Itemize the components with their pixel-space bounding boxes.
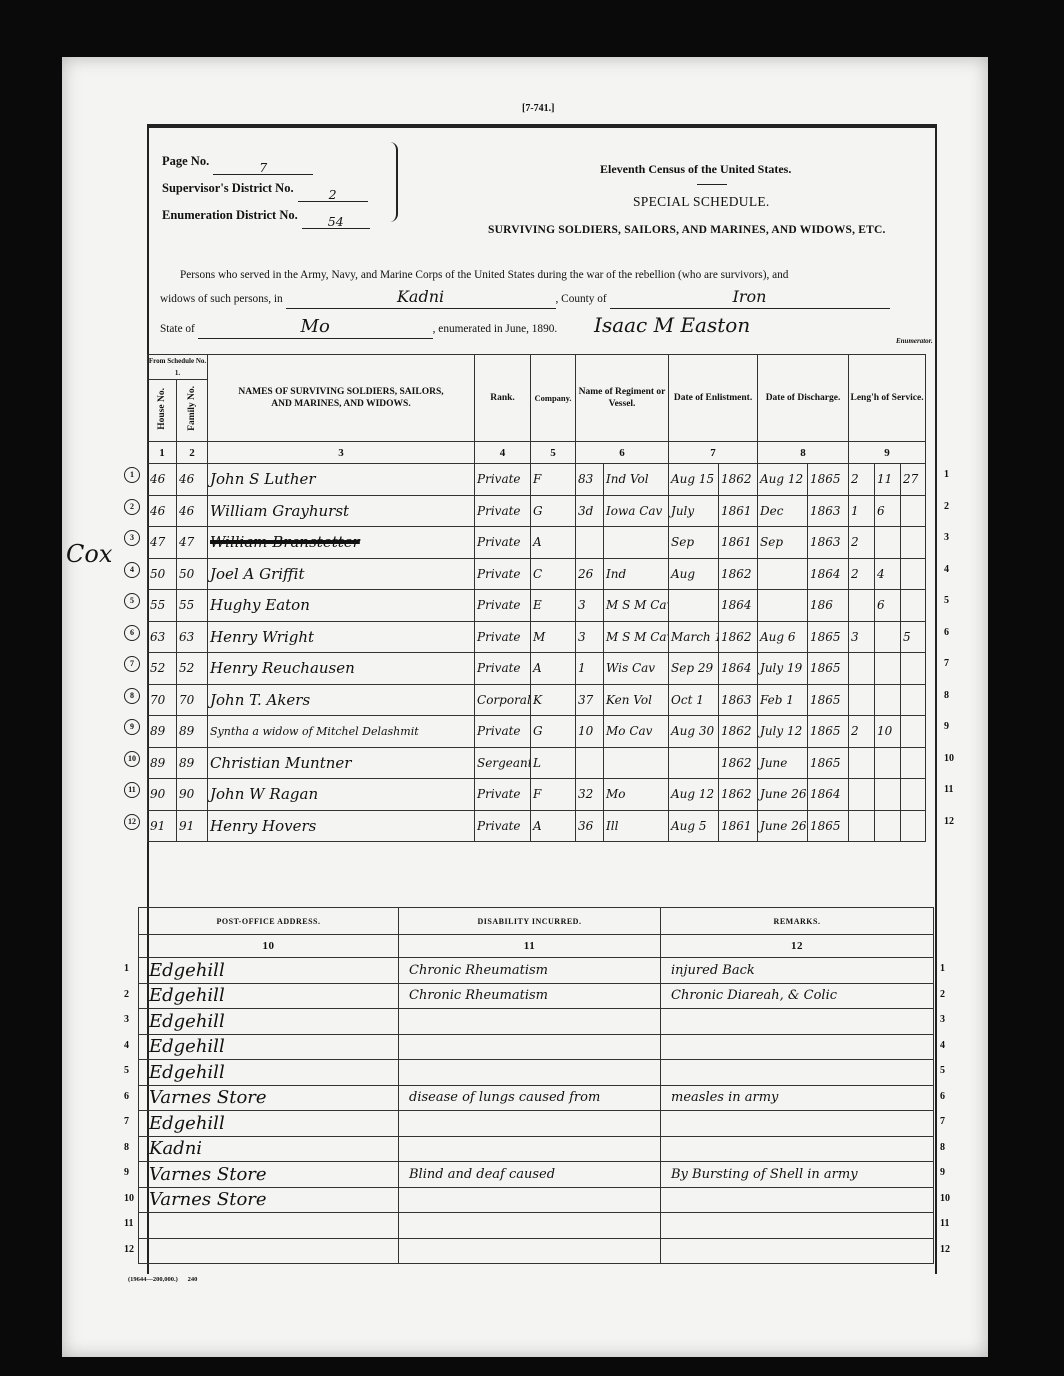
cell-remarks: injured Back [661, 958, 934, 984]
table-row: 8989Syntha a widow of Mitchel DelashmitP… [148, 716, 926, 748]
row-number-right: 6 [944, 627, 949, 638]
cell-mos: 6 [875, 590, 901, 622]
lower-row-number-left: 3 [124, 1014, 129, 1025]
cell-days [901, 747, 926, 779]
supervisor-value: 2 [298, 181, 368, 202]
col-num-1: 1 [148, 442, 177, 464]
enumerated-label: , enumerated in June, 1890. [433, 323, 558, 335]
table-row: Edgehill [139, 1034, 934, 1060]
lower-row-number-left: 11 [124, 1218, 133, 1229]
cell-mos: 11 [875, 464, 901, 496]
cell-name: Syntha a widow of Mitchel Delashmit [208, 716, 475, 748]
cell-days [901, 527, 926, 559]
row-number-circle: 6 [124, 625, 140, 641]
cell-dis-y: 1863 [808, 495, 849, 527]
cell-reg-name: Ill [604, 810, 669, 842]
cell-name: Christian Muntner [208, 747, 475, 779]
cell-reg-name: M S M Cav [604, 590, 669, 622]
cell-dis-y: 186 [808, 590, 849, 622]
cell-dis-y: 1865 [808, 684, 849, 716]
cell-company: K [531, 684, 576, 716]
cell-family: 46 [177, 464, 208, 496]
cell-disability [399, 1034, 661, 1060]
cell-dis-md: June [758, 747, 808, 779]
cell-reg-no: 83 [576, 464, 604, 496]
cell-yrs: 2 [849, 716, 875, 748]
table-row [139, 1213, 934, 1239]
enumeration-value: 54 [302, 208, 370, 229]
cell-name: William Grayhurst [208, 495, 475, 527]
address-table-body: EdgehillChronic Rheumatisminjured BackEd… [139, 958, 934, 1264]
cell-yrs: 3 [849, 621, 875, 653]
cell-dis-md: Sep [758, 527, 808, 559]
cell-remarks [661, 1060, 934, 1086]
cell-reg-name: Ind [604, 558, 669, 590]
cell-post-office: Edgehill [139, 983, 399, 1009]
cell-reg-no: 3 [576, 621, 604, 653]
family-header-text: Family No. [186, 386, 198, 431]
col-num-4: 4 [475, 442, 531, 464]
cell-enl-y: 1862 [719, 716, 758, 748]
cell-remarks: measles in army [661, 1085, 934, 1111]
cell-rank: Corporal [475, 684, 531, 716]
supervisor-label: Supervisor's District No. [162, 175, 294, 202]
lower-row-number-left: 6 [124, 1091, 129, 1102]
cell-reg-no: 3d [576, 495, 604, 527]
family-header: Family No. [177, 380, 208, 442]
enumerator-label: Enumerator. [896, 337, 933, 345]
cell-yrs [849, 810, 875, 842]
cell-enl-y: 1862 [719, 621, 758, 653]
cell-yrs [849, 684, 875, 716]
cell-disability [399, 1009, 661, 1035]
service-header: Leng'h of Service. [849, 355, 926, 442]
intro-text: Persons who served in the Army, Navy, an… [160, 264, 930, 286]
cell-house: 90 [148, 779, 177, 811]
cell-mos [875, 653, 901, 685]
supervisor-row: Supervisor's District No.2 [162, 175, 370, 202]
cell-company: A [531, 810, 576, 842]
page-identifiers: Page No.7 Supervisor's District No.2 Enu… [162, 148, 370, 229]
cell-post-office [139, 1238, 399, 1264]
cell-reg-no: 10 [576, 716, 604, 748]
cell-name: Henry Wright [208, 621, 475, 653]
margin-annotation: Cox [66, 540, 112, 568]
cell-reg-no: 3 [576, 590, 604, 622]
cell-post-office: Edgehill [139, 1060, 399, 1086]
page-no-row: Page No.7 [162, 148, 370, 175]
form-code: [7-741.] [522, 103, 555, 114]
cell-enl-y: 1862 [719, 779, 758, 811]
cell-house: 63 [148, 621, 177, 653]
cell-enl-y: 1864 [719, 590, 758, 622]
cell-dis-md: July 12 [758, 716, 808, 748]
location-line: widows of such persons, in Kadni, County… [160, 286, 930, 310]
cell-house: 50 [148, 558, 177, 590]
cell-company: E [531, 590, 576, 622]
table-row: Varnes StoreBlind and deaf causedBy Burs… [139, 1162, 934, 1188]
cell-name: John W Ragan [208, 779, 475, 811]
cell-family: 70 [177, 684, 208, 716]
lower-row-number-left: 10 [124, 1193, 134, 1204]
cell-mos [875, 621, 901, 653]
table-row: 7070John T. AkersCorporalK37Ken VolOct 1… [148, 684, 926, 716]
cell-company: L [531, 747, 576, 779]
row-number-circle: 12 [124, 814, 140, 830]
cell-days: 5 [901, 621, 926, 653]
cell-post-office: Edgehill [139, 1111, 399, 1137]
row-number-right: 5 [944, 595, 949, 606]
cell-rank: Private [475, 621, 531, 653]
cell-enl-md: Aug 5 [669, 810, 719, 842]
address-table: POST-OFFICE ADDRESS. DISABILITY INCURRED… [138, 907, 934, 1264]
cell-company: A [531, 653, 576, 685]
cell-house: 91 [148, 810, 177, 842]
cell-house: 89 [148, 716, 177, 748]
cell-dis-md [758, 558, 808, 590]
intro-paragraph: Persons who served in the Army, Navy, an… [160, 264, 930, 340]
row-number-circle: 2 [124, 499, 140, 515]
cell-dis-md: Feb 1 [758, 684, 808, 716]
cell-family: 89 [177, 716, 208, 748]
row-number-right: 3 [944, 532, 949, 543]
cell-enl-y: 1863 [719, 684, 758, 716]
cell-house: 47 [148, 527, 177, 559]
cell-dis-md: July 19 [758, 653, 808, 685]
row-number-circle: 1 [124, 467, 140, 483]
cell-dis-y: 1864 [808, 558, 849, 590]
cell-post-office: Varnes Store [139, 1162, 399, 1188]
col-num-8: 8 [758, 442, 849, 464]
place-value: Kadni [286, 286, 556, 309]
cell-company: G [531, 495, 576, 527]
cell-house: 70 [148, 684, 177, 716]
cell-dis-md [758, 590, 808, 622]
row-number-right: 12 [944, 816, 954, 827]
cell-dis-y: 1865 [808, 464, 849, 496]
table-row: Edgehill [139, 1009, 934, 1035]
col-num-12: 12 [661, 935, 934, 958]
cell-name: John S Luther [208, 464, 475, 496]
cell-company: M [531, 621, 576, 653]
row-number-circle: 7 [124, 656, 140, 672]
cell-enl-y: 1861 [719, 810, 758, 842]
cell-remarks [661, 1238, 934, 1264]
cell-reg-no: 26 [576, 558, 604, 590]
col-num-6: 6 [576, 442, 669, 464]
disability-header: DISABILITY INCURRED. [399, 908, 661, 935]
table-row: 4646William GrayhurstPrivateG3dIowa CavJ… [148, 495, 926, 527]
cell-reg-no: 1 [576, 653, 604, 685]
cell-post-office [139, 1213, 399, 1239]
cell-company: F [531, 779, 576, 811]
lower-row-number-left: 7 [124, 1116, 129, 1127]
cell-disability [399, 1238, 661, 1264]
cell-disability [399, 1213, 661, 1239]
lower-row-number-left: 12 [124, 1244, 134, 1255]
lower-row-number-left: 8 [124, 1142, 129, 1153]
lower-row-number-left: 1 [124, 963, 129, 974]
cell-enl-md: July [669, 495, 719, 527]
table-row: 4646John S LutherPrivateF83Ind VolAug 15… [148, 464, 926, 496]
cell-name: Hughy Eaton [208, 590, 475, 622]
cell-reg-name: Mo Cav [604, 716, 669, 748]
cell-rank: Private [475, 464, 531, 496]
cell-days [901, 558, 926, 590]
cell-yrs: 2 [849, 558, 875, 590]
cell-disability: disease of lungs caused from [399, 1085, 661, 1111]
table-row: 4747William BranstetterPrivateASep1861Se… [148, 527, 926, 559]
cell-enl-y: 1864 [719, 653, 758, 685]
cell-house: 46 [148, 495, 177, 527]
house-header: House No. [148, 380, 177, 442]
table-row [139, 1238, 934, 1264]
cell-mos [875, 527, 901, 559]
cell-rank: Private [475, 558, 531, 590]
cell-rank: Private [475, 590, 531, 622]
remarks-header: REMARKS. [661, 908, 934, 935]
lower-row-number-left: 5 [124, 1065, 129, 1076]
cell-yrs: 1 [849, 495, 875, 527]
enumeration-label: Enumeration District No. [162, 202, 298, 229]
enumerator-signature: Isaac M Easton [594, 313, 750, 337]
cell-name: Henry Hovers [208, 810, 475, 842]
state-value: Mo [198, 316, 433, 339]
row-number-right: 11 [944, 784, 953, 795]
cell-name: Henry Reuchausen [208, 653, 475, 685]
soldiers-table-body: 4646John S LutherPrivateF83Ind VolAug 15… [148, 464, 926, 842]
cell-disability: Chronic Rheumatism [399, 983, 661, 1009]
lower-row-number-right: 2 [940, 989, 945, 1000]
table-row: 5555Hughy EatonPrivateE3M S M Cav1864186… [148, 590, 926, 622]
lower-row-number-right: 5 [940, 1065, 945, 1076]
cell-family: 91 [177, 810, 208, 842]
cell-reg-name: Ind Vol [604, 464, 669, 496]
footer-code: (19644—200,000.) [128, 1276, 178, 1283]
cell-remarks [661, 1111, 934, 1137]
cell-post-office: Kadni [139, 1136, 399, 1162]
cell-rank: Private [475, 527, 531, 559]
lower-row-number-right: 11 [940, 1218, 949, 1229]
cell-remarks [661, 1213, 934, 1239]
cell-family: 89 [177, 747, 208, 779]
cell-mos [875, 747, 901, 779]
cell-enl-y: 1861 [719, 527, 758, 559]
cell-dis-md: June 26 [758, 810, 808, 842]
row-number-right: 7 [944, 658, 949, 669]
col-num-2: 2 [177, 442, 208, 464]
cell-days [901, 653, 926, 685]
cell-name: William Branstetter [208, 527, 475, 559]
lower-row-number-left: 2 [124, 989, 129, 1000]
cell-post-office: Edgehill [139, 1034, 399, 1060]
lower-row-number-right: 4 [940, 1040, 945, 1051]
table-row: 8989Christian MuntnerSergeantL1862June18… [148, 747, 926, 779]
row-number-circle: 8 [124, 688, 140, 704]
cell-yrs: 2 [849, 464, 875, 496]
enumeration-row: Enumeration District No.54 [162, 202, 370, 229]
cell-family: 63 [177, 621, 208, 653]
cell-dis-md: Aug 12 [758, 464, 808, 496]
regiment-header: Name of Regiment or Vessel. [576, 355, 669, 442]
cell-house: 89 [148, 747, 177, 779]
cell-days: 27 [901, 464, 926, 496]
cell-mos: 6 [875, 495, 901, 527]
cell-house: 55 [148, 590, 177, 622]
row-number-right: 2 [944, 501, 949, 512]
state-label: State of [160, 323, 195, 335]
cell-reg-name [604, 747, 669, 779]
cell-enl-md [669, 747, 719, 779]
cell-remarks: Chronic Diareah, & Colic [661, 983, 934, 1009]
row-number-circle: 11 [124, 782, 140, 798]
cell-reg-name: M S M Cav [604, 621, 669, 653]
cell-reg-no [576, 747, 604, 779]
cell-name: John T. Akers [208, 684, 475, 716]
cell-post-office: Edgehill [139, 1009, 399, 1035]
cell-family: 55 [177, 590, 208, 622]
cell-reg-no: 36 [576, 810, 604, 842]
cell-mos: 10 [875, 716, 901, 748]
lower-row-number-right: 9 [940, 1167, 945, 1178]
cell-yrs [849, 653, 875, 685]
col-num-10: 10 [139, 935, 399, 958]
cell-mos: 4 [875, 558, 901, 590]
lower-row-number-right: 8 [940, 1142, 945, 1153]
lower-row-number-left: 9 [124, 1167, 129, 1178]
lower-row-number-right: 10 [940, 1193, 950, 1204]
cell-reg-name: Mo [604, 779, 669, 811]
cell-enl-md: Aug 15 [669, 464, 719, 496]
cell-remarks [661, 1187, 934, 1213]
cell-name: Joel A Griffit [208, 558, 475, 590]
from-schedule-header: From Schedule No. 1. [148, 355, 208, 380]
cell-family: 52 [177, 653, 208, 685]
cell-family: 50 [177, 558, 208, 590]
row-number-right: 1 [944, 469, 949, 480]
cell-dis-md: Dec [758, 495, 808, 527]
row-number-right: 9 [944, 721, 949, 732]
cell-days [901, 716, 926, 748]
cell-enl-md: Oct 1 [669, 684, 719, 716]
row-number-circle: 5 [124, 593, 140, 609]
table-row: EdgehillChronic Rheumatisminjured Back [139, 958, 934, 984]
company-header: Company. [531, 355, 576, 442]
lower-row-number-right: 1 [940, 963, 945, 974]
cell-enl-y: 1862 [719, 558, 758, 590]
lower-row-number-right: 3 [940, 1014, 945, 1025]
census-title: Eleventh Census of the United States. [600, 162, 791, 177]
cell-days [901, 590, 926, 622]
cell-rank: Private [475, 810, 531, 842]
cell-enl-md: Aug 30 [669, 716, 719, 748]
cell-company: F [531, 464, 576, 496]
cell-enl-y: 1861 [719, 495, 758, 527]
house-header-text: House No. [156, 388, 168, 430]
cell-dis-md: June 26 [758, 779, 808, 811]
cell-dis-y: 1864 [808, 779, 849, 811]
footer-print-code: (19644—200,000.) 240 [128, 1276, 197, 1283]
table-row: 5050Joel A GriffitPrivateC26IndAug186218… [148, 558, 926, 590]
table-row: EdgehillChronic RheumatismChronic Diarea… [139, 983, 934, 1009]
cell-yrs [849, 590, 875, 622]
rank-header: Rank. [475, 355, 531, 442]
cell-post-office: Varnes Store [139, 1187, 399, 1213]
table-row: 9191Henry HoversPrivateA36IllAug 51861Ju… [148, 810, 926, 842]
discharge-header: Date of Discharge. [758, 355, 849, 442]
cell-reg-no: 32 [576, 779, 604, 811]
cell-reg-no: 37 [576, 684, 604, 716]
table-row: Edgehill [139, 1060, 934, 1086]
cell-enl-md: Aug [669, 558, 719, 590]
cell-remarks: By Bursting of Shell in army [661, 1162, 934, 1188]
cell-disability [399, 1111, 661, 1137]
cell-disability: Blind and deaf caused [399, 1162, 661, 1188]
col-num-9: 9 [849, 442, 926, 464]
cell-mos [875, 684, 901, 716]
row-number-circle: 3 [124, 530, 140, 546]
cell-days [901, 779, 926, 811]
row-number-circle: 9 [124, 719, 140, 735]
cell-reg-name: Iowa Cav [604, 495, 669, 527]
cell-enl-md: Aug 12 [669, 779, 719, 811]
enlistment-header: Date of Enlistment. [669, 355, 758, 442]
cell-dis-y: 1865 [808, 747, 849, 779]
table-row: 5252Henry ReuchausenPrivateA1Wis CavSep … [148, 653, 926, 685]
footer-code-2: 240 [188, 1276, 198, 1283]
widows-label: widows of such persons, in [160, 293, 283, 305]
lower-row-number-left: 4 [124, 1040, 129, 1051]
cell-days [901, 495, 926, 527]
cell-enl-md: Sep [669, 527, 719, 559]
county-label: , County of [556, 293, 607, 305]
cell-dis-y: 1865 [808, 621, 849, 653]
cell-company: G [531, 716, 576, 748]
cell-dis-y: 1863 [808, 527, 849, 559]
cell-reg-name [604, 527, 669, 559]
table-row: Varnes Storedisease of lungs caused from… [139, 1085, 934, 1111]
names-header: NAMES OF SURVIVING SOLDIERS, SAILORS, AN… [208, 355, 475, 442]
cell-disability [399, 1187, 661, 1213]
cell-dis-y: 1865 [808, 810, 849, 842]
cell-rank: Private [475, 779, 531, 811]
schedule-title: SPECIAL SCHEDULE. [633, 194, 770, 210]
post-office-header: POST-OFFICE ADDRESS. [139, 908, 399, 935]
cell-disability: Chronic Rheumatism [399, 958, 661, 984]
col-num-3: 3 [208, 442, 475, 464]
cell-family: 46 [177, 495, 208, 527]
cell-enl-y: 1862 [719, 464, 758, 496]
cell-disability [399, 1060, 661, 1086]
cell-reg-name: Wis Cav [604, 653, 669, 685]
col-num-7: 7 [669, 442, 758, 464]
schedule-subtitle: SURVIVING SOLDIERS, SAILORS, AND MARINES… [488, 224, 886, 236]
cell-mos [875, 810, 901, 842]
lower-row-number-right: 6 [940, 1091, 945, 1102]
cell-post-office: Edgehill [139, 958, 399, 984]
cell-company: A [531, 527, 576, 559]
cell-reg-no [576, 527, 604, 559]
row-number-circle: 4 [124, 562, 140, 578]
soldiers-table: From Schedule No. 1. NAMES OF SURVIVING … [147, 354, 926, 842]
cell-yrs [849, 779, 875, 811]
cell-enl-md [669, 590, 719, 622]
table-row: 6363Henry WrightPrivateM3M S M CavMarch … [148, 621, 926, 653]
col-num-5: 5 [531, 442, 576, 464]
table-row: Kadni [139, 1136, 934, 1162]
cell-rank: Private [475, 716, 531, 748]
cell-enl-md: March 1 [669, 621, 719, 653]
